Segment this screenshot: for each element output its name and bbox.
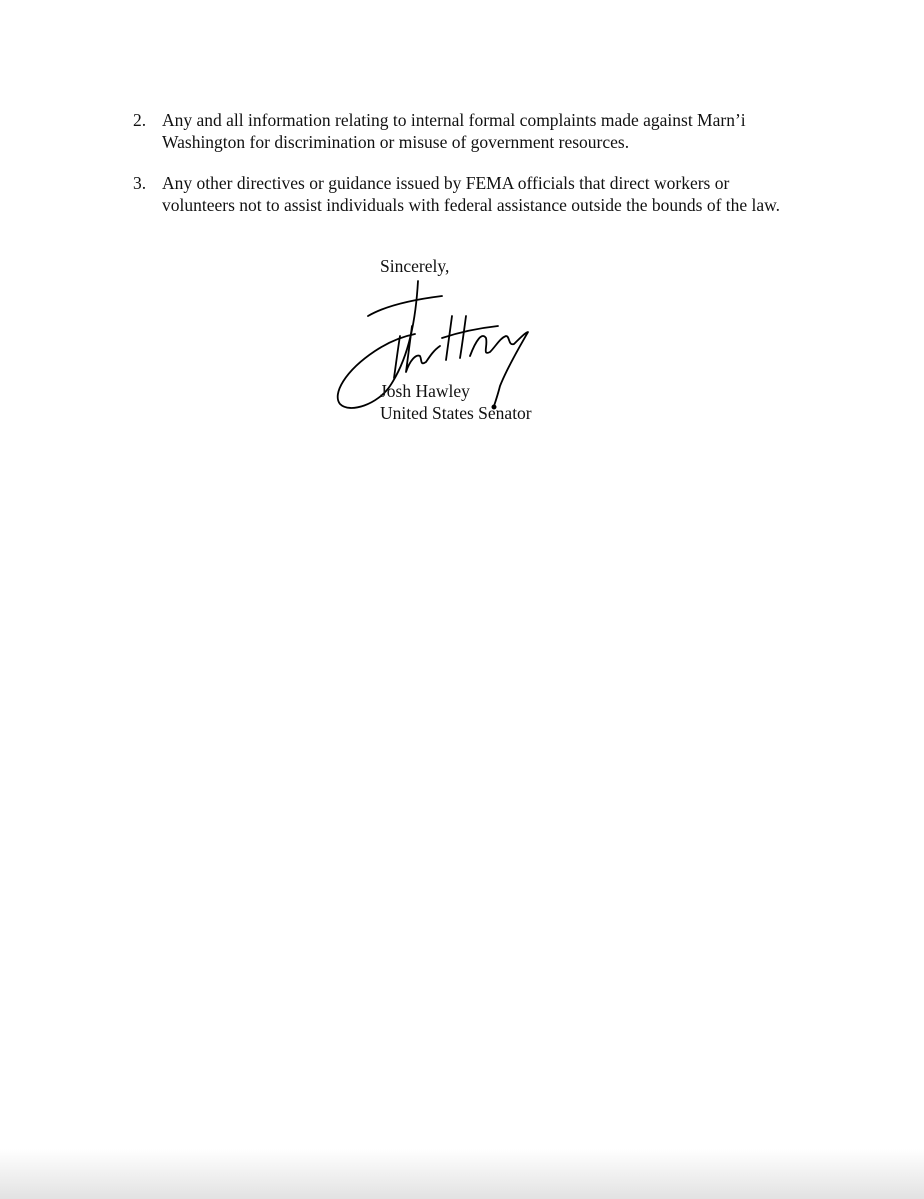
- list-line: Washington for discrimination or misuse …: [162, 131, 746, 153]
- list-number: 3.: [133, 172, 157, 194]
- list-text: Any and all information relating to inte…: [162, 109, 746, 153]
- signer-name: Josh Hawley: [380, 381, 470, 402]
- document-page: 2. Any and all information relating to i…: [0, 0, 924, 1199]
- signer-title: United States Senator: [380, 403, 532, 424]
- list-line: volunteers not to assist individuals wit…: [162, 194, 780, 216]
- list-number: 2.: [133, 109, 157, 131]
- list-text: Any other directives or guidance issued …: [162, 172, 780, 216]
- page-bottom-shadow: [0, 1149, 924, 1199]
- closing: Sincerely,: [380, 256, 449, 277]
- list-line: Any and all information relating to inte…: [162, 109, 746, 131]
- list-line: Any other directives or guidance issued …: [162, 172, 780, 194]
